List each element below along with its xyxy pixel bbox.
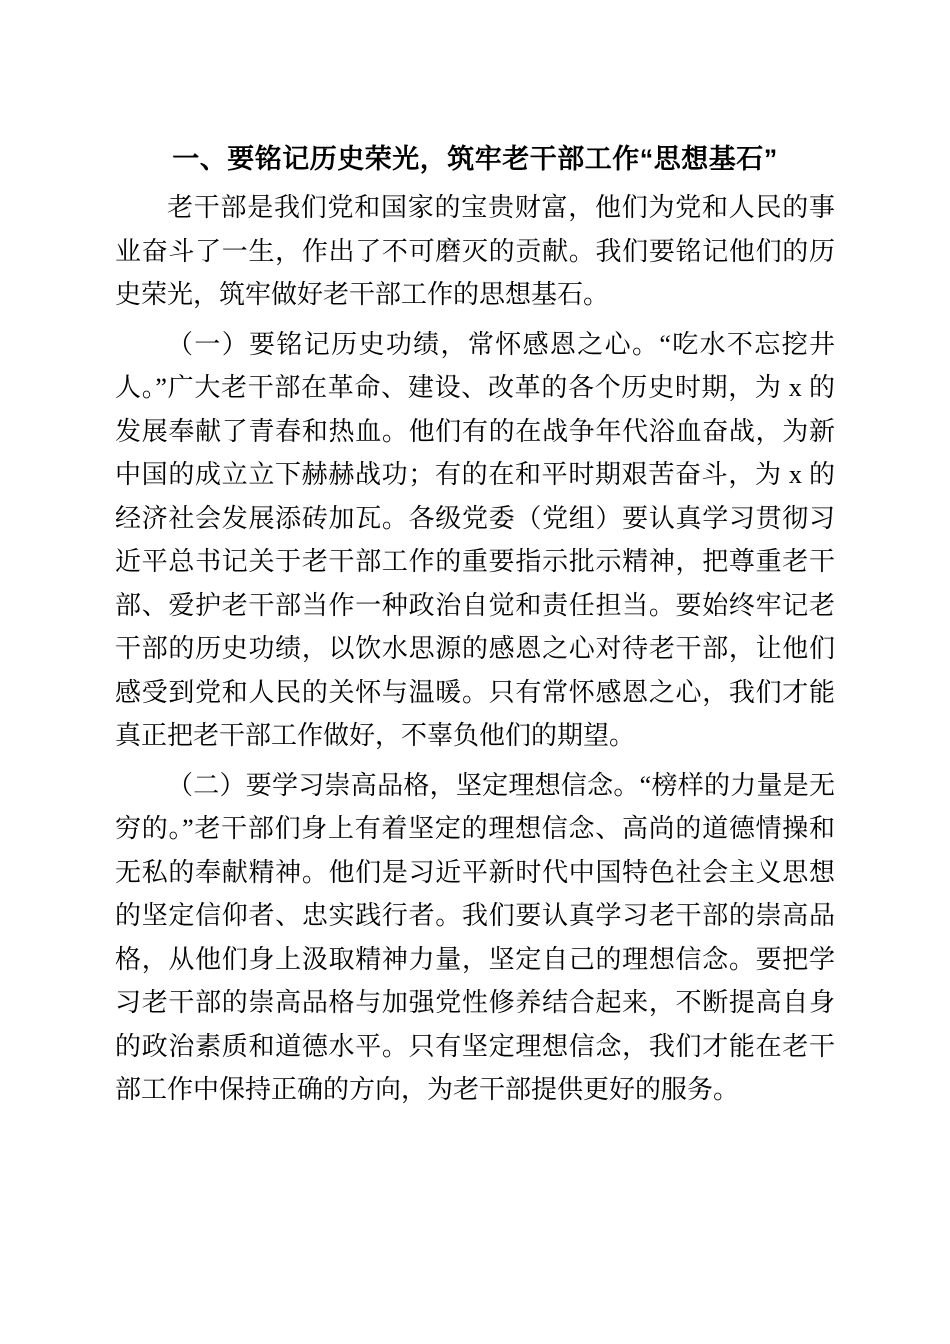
paragraph-point-one: （一）要铭记历史功绩，常怀感恩之心。“吃水不忘挖井人。”广大老干部在革命、建设、… <box>115 323 835 758</box>
document-page: 一、要铭记历史荣光，筑牢老干部工作“思想基石” 老干部是我们党和国家的宝贵财富，… <box>0 0 950 1344</box>
paragraph-intro: 老干部是我们党和国家的宝贵财富，他们为党和人民的事业奋斗了一生，作出了不可磨灭的… <box>115 186 835 317</box>
section-heading: 一、要铭记历史荣光，筑牢老干部工作“思想基石” <box>115 138 835 181</box>
paragraph-point-two: （二）要学习崇高品格，坚定理想信念。“榜样的力量是无穷的。”老干部们身上有着坚定… <box>115 764 835 1112</box>
